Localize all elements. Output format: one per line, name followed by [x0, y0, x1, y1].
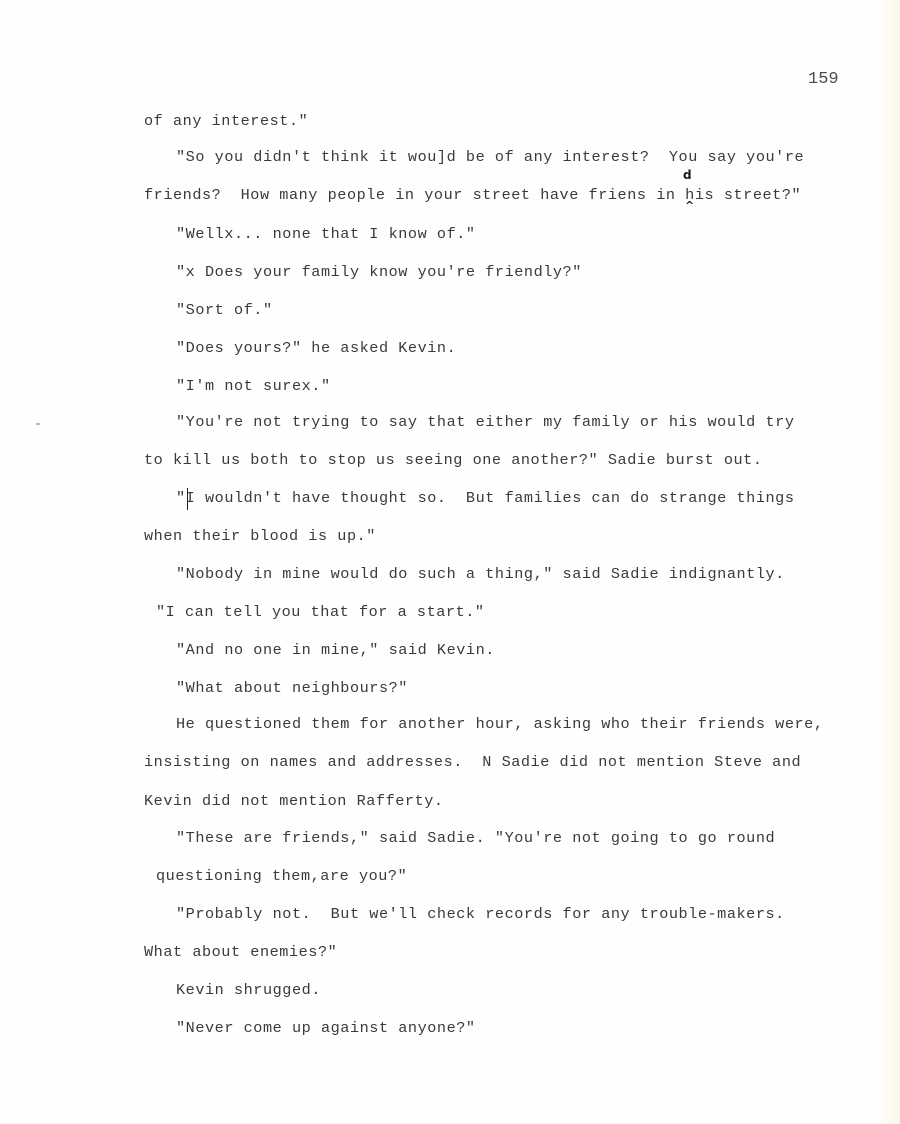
typed-line: Kevin did not mention Rafferty.	[144, 792, 444, 810]
typed-line: He questioned them for another hour, ask…	[176, 715, 824, 733]
strike-correction-mark	[187, 488, 188, 510]
typed-line: "Wellx... none that I know of."	[176, 225, 476, 243]
typed-line: "Nobody in mine would do such a thing," …	[176, 565, 785, 583]
typed-line: "And no one in mine," said Kevin.	[176, 641, 495, 659]
handwritten-caret-mark: ^	[685, 199, 694, 212]
typed-line: "Does yours?" he asked Kevin.	[176, 339, 456, 357]
typed-line: "Never come up against anyone?"	[176, 1019, 476, 1037]
margin-smudge	[36, 423, 40, 425]
typed-line: "x Does your family know you're friendly…	[176, 263, 582, 281]
typed-line: Kevin shrugged.	[176, 981, 321, 999]
typed-line: "What about neighbours?"	[176, 679, 408, 697]
typed-line: of any interest."	[144, 112, 308, 130]
typed-line: "These are friends," said Sadie. "You're…	[176, 829, 775, 847]
typed-line: insisting on names and addresses. N Sadi…	[144, 753, 801, 771]
typed-line: "I wouldn't have thought so. But familie…	[176, 489, 795, 507]
typed-line: "So you didn't think it wou]d be of any …	[176, 148, 804, 166]
typed-line: "I can tell you that for a start."	[156, 603, 485, 621]
typed-line: "You're not trying to say that either my…	[176, 413, 795, 431]
typed-line: "Probably not. But we'll check records f…	[176, 905, 785, 923]
typed-line: "I'm not surex."	[176, 377, 331, 395]
typed-line: to kill us both to stop us seeing one an…	[144, 451, 763, 469]
paper-edge-tint	[878, 0, 900, 1124]
page-number: 159	[808, 70, 839, 89]
typed-line: questioning them,are you?"	[156, 867, 407, 885]
typed-line: friends? How many people in your street …	[144, 186, 801, 204]
typed-line: What about enemies?"	[144, 943, 337, 961]
typed-line: "Sort of."	[176, 301, 273, 319]
handwritten-insertion-d: d	[683, 168, 692, 182]
typed-line: when their blood is up."	[144, 527, 376, 545]
